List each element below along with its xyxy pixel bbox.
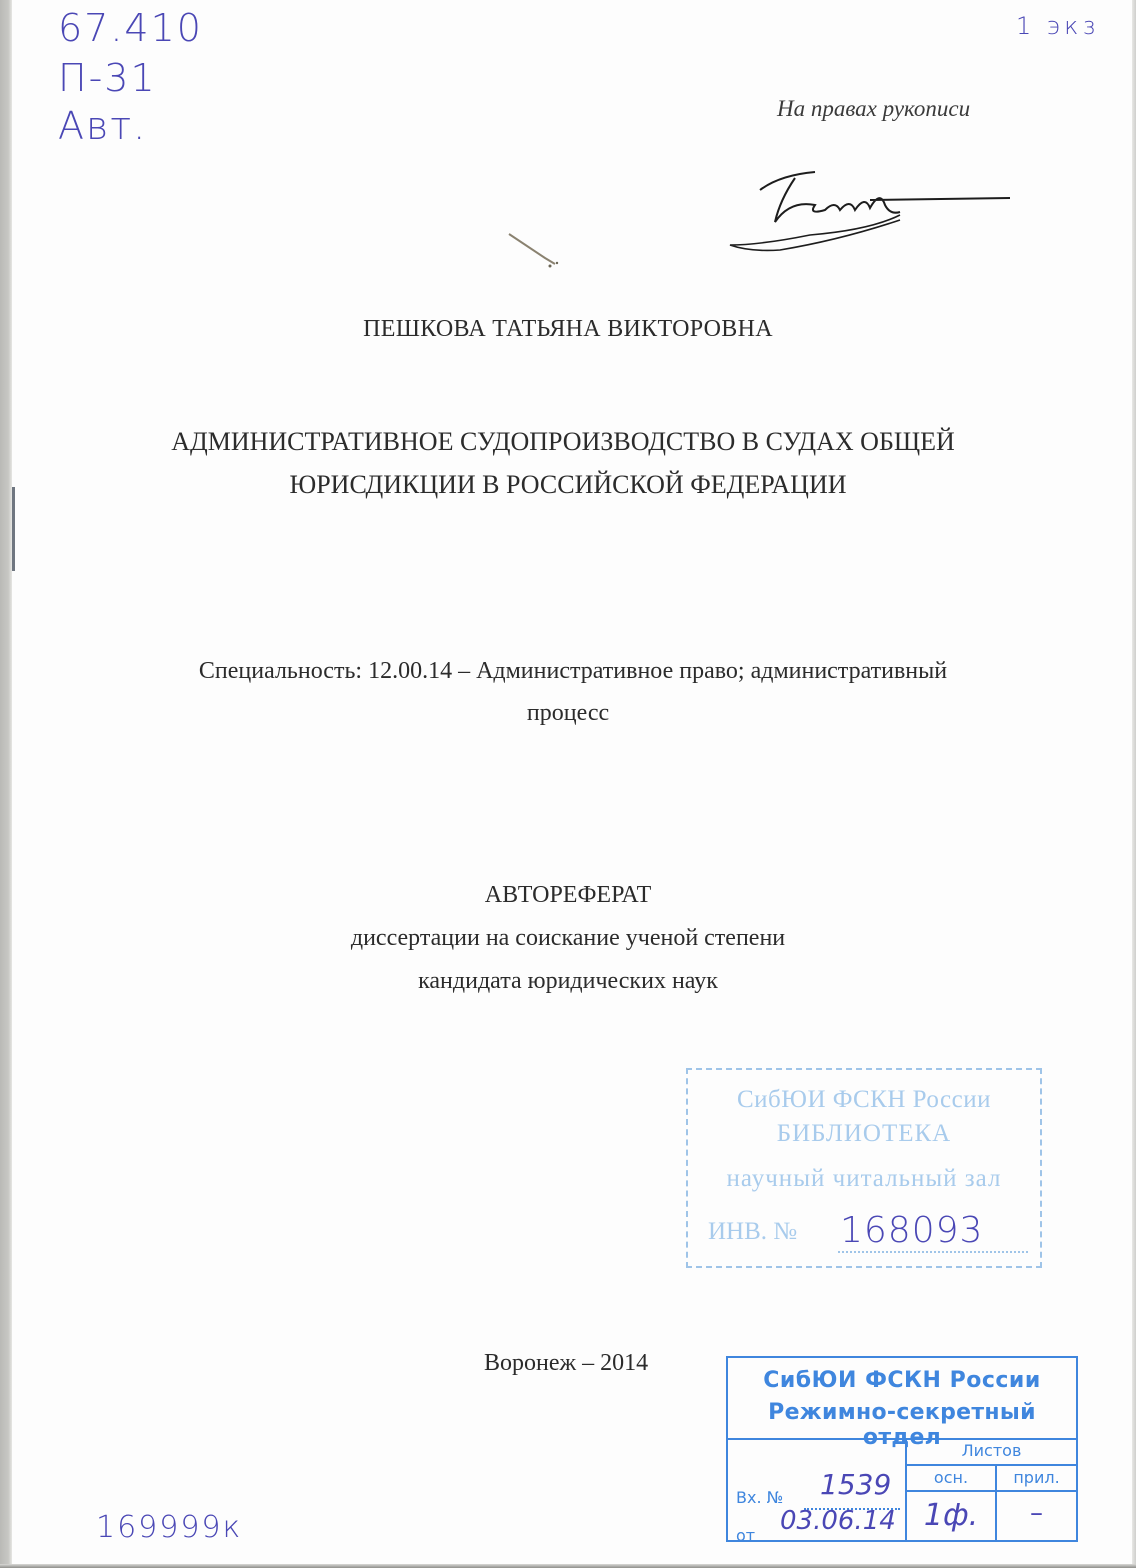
ink-smudge-icon xyxy=(505,230,565,270)
dissertation-title: АДМИНИСТРАТИВНОЕ СУДОПРОИЗВОДСТВО В СУДА… xyxy=(0,420,1136,506)
page-left-edge xyxy=(0,0,12,1568)
city-year: Воронеж – 2014 xyxy=(484,1350,648,1377)
handwritten-inventory-number: 169999к xyxy=(96,1510,242,1545)
page-bottom-edge xyxy=(0,1564,1136,1568)
handwritten-classification-code: 67.410 xyxy=(58,6,203,50)
sheets-label: Листов xyxy=(907,1438,1076,1466)
author-name: ПЕШКОВА ТАТЬЯНА ВИКТОРОВНА xyxy=(0,316,1136,343)
date-value: 03.06.14 xyxy=(780,1506,896,1536)
date-label: от xyxy=(736,1526,755,1545)
page-right-edge xyxy=(1132,0,1136,1568)
library-stamp-inv-label: ИНВ. № xyxy=(708,1218,797,1246)
library-stamp-org: СибЮИ ФСКН России xyxy=(688,1086,1040,1114)
library-stamp-dept: БИБЛИОТЕКА xyxy=(688,1120,1040,1148)
specialty: Специальность: 12.00.14 – Административн… xyxy=(0,650,1136,734)
abstract-block: АВТОРЕФЕРАТ диссертации на соискание уче… xyxy=(0,874,1136,1003)
title-line-1: АДМИНИСТРАТИВНОЕ СУДОПРОИЗВОДСТВО В СУДА… xyxy=(0,420,1136,463)
abstract-line-3: кандидата юридических наук xyxy=(0,960,1136,1003)
library-stamp: СибЮИ ФСКН России БИБЛИОТЕКА научный чит… xyxy=(686,1068,1042,1268)
secret-stamp-header: СибЮИ ФСКН России Режимно-секретный отде… xyxy=(728,1358,1076,1440)
incoming-number-value: 1539 xyxy=(820,1468,891,1501)
appendix-sheets-label: прил. xyxy=(997,1466,1076,1490)
manuscript-note: На правах рукописи xyxy=(777,96,970,122)
secret-dept-stamp: СибЮИ ФСКН России Режимно-секретный отде… xyxy=(726,1356,1078,1542)
specialty-line-2: процесс xyxy=(0,692,1136,734)
abstract-heading: АВТОРЕФЕРАТ xyxy=(0,874,1136,917)
library-stamp-room: научный читальный зал xyxy=(688,1165,1040,1193)
secret-stamp-sheets: Листов осн. прил. 1ф. – xyxy=(907,1438,1076,1540)
handwritten-doc-type: Авт. xyxy=(58,104,147,148)
signature-icon xyxy=(720,160,1020,260)
library-stamp-inv-value: 168093 xyxy=(840,1210,983,1251)
specialty-line-1: Специальность: 12.00.14 – Административн… xyxy=(10,650,1136,692)
main-sheets-value: 1ф. xyxy=(907,1492,997,1540)
appendix-sheets-value: – xyxy=(997,1492,1076,1540)
sheets-columns: осн. прил. xyxy=(907,1466,1076,1492)
abstract-line-2: диссертации на соискание ученой степени xyxy=(0,917,1136,960)
title-line-2: ЮРИСДИКЦИИ В РОССИЙСКОЙ ФЕДЕРАЦИИ xyxy=(0,463,1136,506)
handwritten-copy-count: 1 экз xyxy=(1016,12,1099,40)
secret-stamp-registration: Вх. № 1539 от 03.06.14 xyxy=(728,1438,907,1540)
main-sheets-label: осн. xyxy=(907,1466,997,1490)
secret-stamp-org: СибЮИ ФСКН России xyxy=(728,1368,1076,1393)
handwritten-author-code: П-31 xyxy=(58,56,157,100)
sheets-values: 1ф. – xyxy=(907,1492,1076,1540)
date-underline xyxy=(764,1540,900,1542)
incoming-number-label: Вх. № xyxy=(736,1488,783,1507)
